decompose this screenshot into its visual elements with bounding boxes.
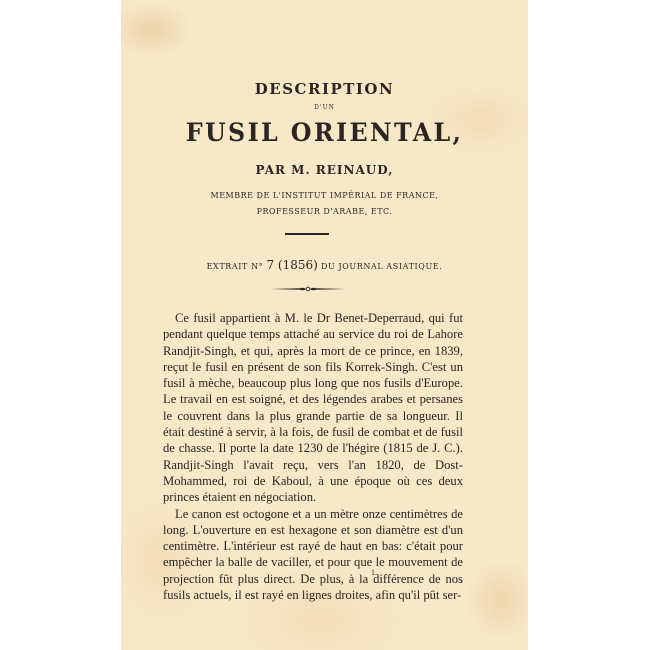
affiliation-line-2: PROFESSEUR D'ARABE, ETC. xyxy=(121,207,528,216)
extract-suffix: DU JOURNAL ASIATIQUE. xyxy=(318,262,443,271)
heading-main-title: FUSIL ORIENTAL, xyxy=(131,118,518,147)
extract-citation: EXTRAIT N° 7 (1856) DU JOURNAL ASIATIQUE… xyxy=(121,258,528,272)
document-page: DESCRIPTION D'UN FUSIL ORIENTAL, PAR M. … xyxy=(121,0,528,650)
extract-prefix: EXTRAIT N° xyxy=(207,262,267,271)
paragraph-1: Ce fusil appartient à M. le Dr Benet-Dep… xyxy=(163,310,463,506)
paragraph-2: Le canon est octogone et a un mètre onze… xyxy=(163,506,463,604)
heading-dun: D'UN xyxy=(121,104,528,111)
page-number: 1. xyxy=(371,568,377,577)
extract-number: 7 (1856) xyxy=(266,258,317,272)
author-line: PAR M. REINAUD, xyxy=(121,163,528,177)
heading-description: DESCRIPTION xyxy=(121,80,528,98)
affiliation-line-1: MEMBRE DE L'INSTITUT IMPÉRIAL DE FRANCE, xyxy=(121,191,528,200)
ornament-divider-icon xyxy=(270,286,346,292)
body-text: Ce fusil appartient à M. le Dr Benet-Dep… xyxy=(163,310,463,603)
title-divider xyxy=(285,233,329,235)
